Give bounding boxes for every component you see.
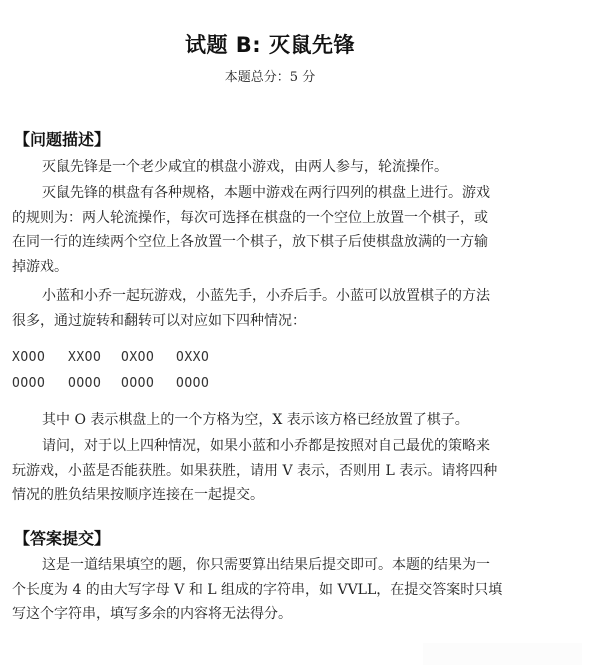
text-line: 玩游戏，小蓝是否能获胜。如果获胜，请用 V 表示，否则用 L 表示。请将四种 — [12, 459, 530, 484]
board-2-row-2: OOOO — [68, 371, 121, 397]
problem-paragraph-3: 小蓝和小乔一起玩游戏，小蓝先手，小乔后手。小蓝可以放置棋子的方法 很多，通过旋转… — [12, 284, 530, 333]
problem-paragraph-5: 请问，对于以上四种情况，如果小蓝和小乔都是按照对自己最优的策略来 玩游戏，小蓝是… — [12, 434, 530, 508]
page-title: 试题 B: 灭鼠先锋 — [0, 29, 540, 59]
board-4-row-1: OXXO — [176, 345, 229, 371]
section-heading-answer: 【答案提交】 — [14, 526, 110, 549]
text-line: 灭鼠先锋是一个老少咸宜的棋盘小游戏，由两人参与，轮流操作。 — [12, 155, 530, 180]
section-heading-problem: 【问题描述】 — [14, 127, 110, 150]
text-line: 小蓝和小乔一起玩游戏，小蓝先手，小乔后手。小蓝可以放置棋子的方法 — [12, 284, 530, 309]
board-examples: XOOO XXOO OXOO OXXO OOOO OOOO OOOO OOOO — [12, 345, 229, 397]
board-row-1: XOOO XXOO OXOO OXXO — [12, 345, 229, 371]
faint-overlay-box — [423, 643, 582, 665]
text-line: 请问，对于以上四种情况，如果小蓝和小乔都是按照对自己最优的策略来 — [12, 434, 530, 459]
board-3-row-1: OXOO — [121, 345, 176, 371]
answer-paragraph-1: 这是一道结果填空的题，你只需要算出结果后提交即可。本题的结果为一 个长度为 4 … — [12, 553, 530, 627]
text-line: 灭鼠先锋的棋盘有各种规格，本题中游戏在两行四列的棋盘上进行。游戏 — [12, 181, 530, 206]
text-line: 写这个字符串，填写多余的内容将无法得分。 — [12, 602, 530, 627]
board-row-2: OOOO OOOO OOOO OOOO — [12, 371, 229, 397]
board-1-row-2: OOOO — [12, 371, 68, 397]
board-3-row-2: OOOO — [121, 371, 176, 397]
text-line: 情况的胜负结果按顺序连接在一起提交。 — [12, 483, 530, 508]
text-line: 的规则为：两人轮流操作，每次可选择在棋盘的一个空位上放置一个棋子，或 — [12, 206, 530, 231]
text-line: 很多，通过旋转和翻转可以对应如下四种情况： — [12, 309, 530, 334]
board-2-row-1: XXOO — [68, 345, 121, 371]
text-line: 其中 O 表示棋盘上的一个方格为空，X 表示该方格已经放置了棋子。 — [12, 408, 530, 433]
board-4-row-2: OOOO — [176, 371, 229, 397]
board-1-row-1: XOOO — [12, 345, 68, 371]
text-line: 这是一道结果填空的题，你只需要算出结果后提交即可。本题的结果为一 — [12, 553, 530, 578]
problem-paragraph-4: 其中 O 表示棋盘上的一个方格为空，X 表示该方格已经放置了棋子。 — [12, 408, 530, 433]
text-line: 个长度为 4 的由大写字母 V 和 L 组成的字符串，如 VVLL，在提交答案时… — [12, 578, 530, 603]
problem-paragraph-1: 灭鼠先锋是一个老少咸宜的棋盘小游戏，由两人参与，轮流操作。 — [12, 155, 530, 180]
total-score: 本题总分：5 分 — [0, 66, 540, 85]
text-line: 掉游戏。 — [12, 255, 530, 280]
problem-paragraph-2: 灭鼠先锋的棋盘有各种规格，本题中游戏在两行四列的棋盘上进行。游戏 的规则为：两人… — [12, 181, 530, 279]
text-line: 在同一行的连续两个空位上各放置一个棋子，放下棋子后使棋盘放满的一方输 — [12, 230, 530, 255]
